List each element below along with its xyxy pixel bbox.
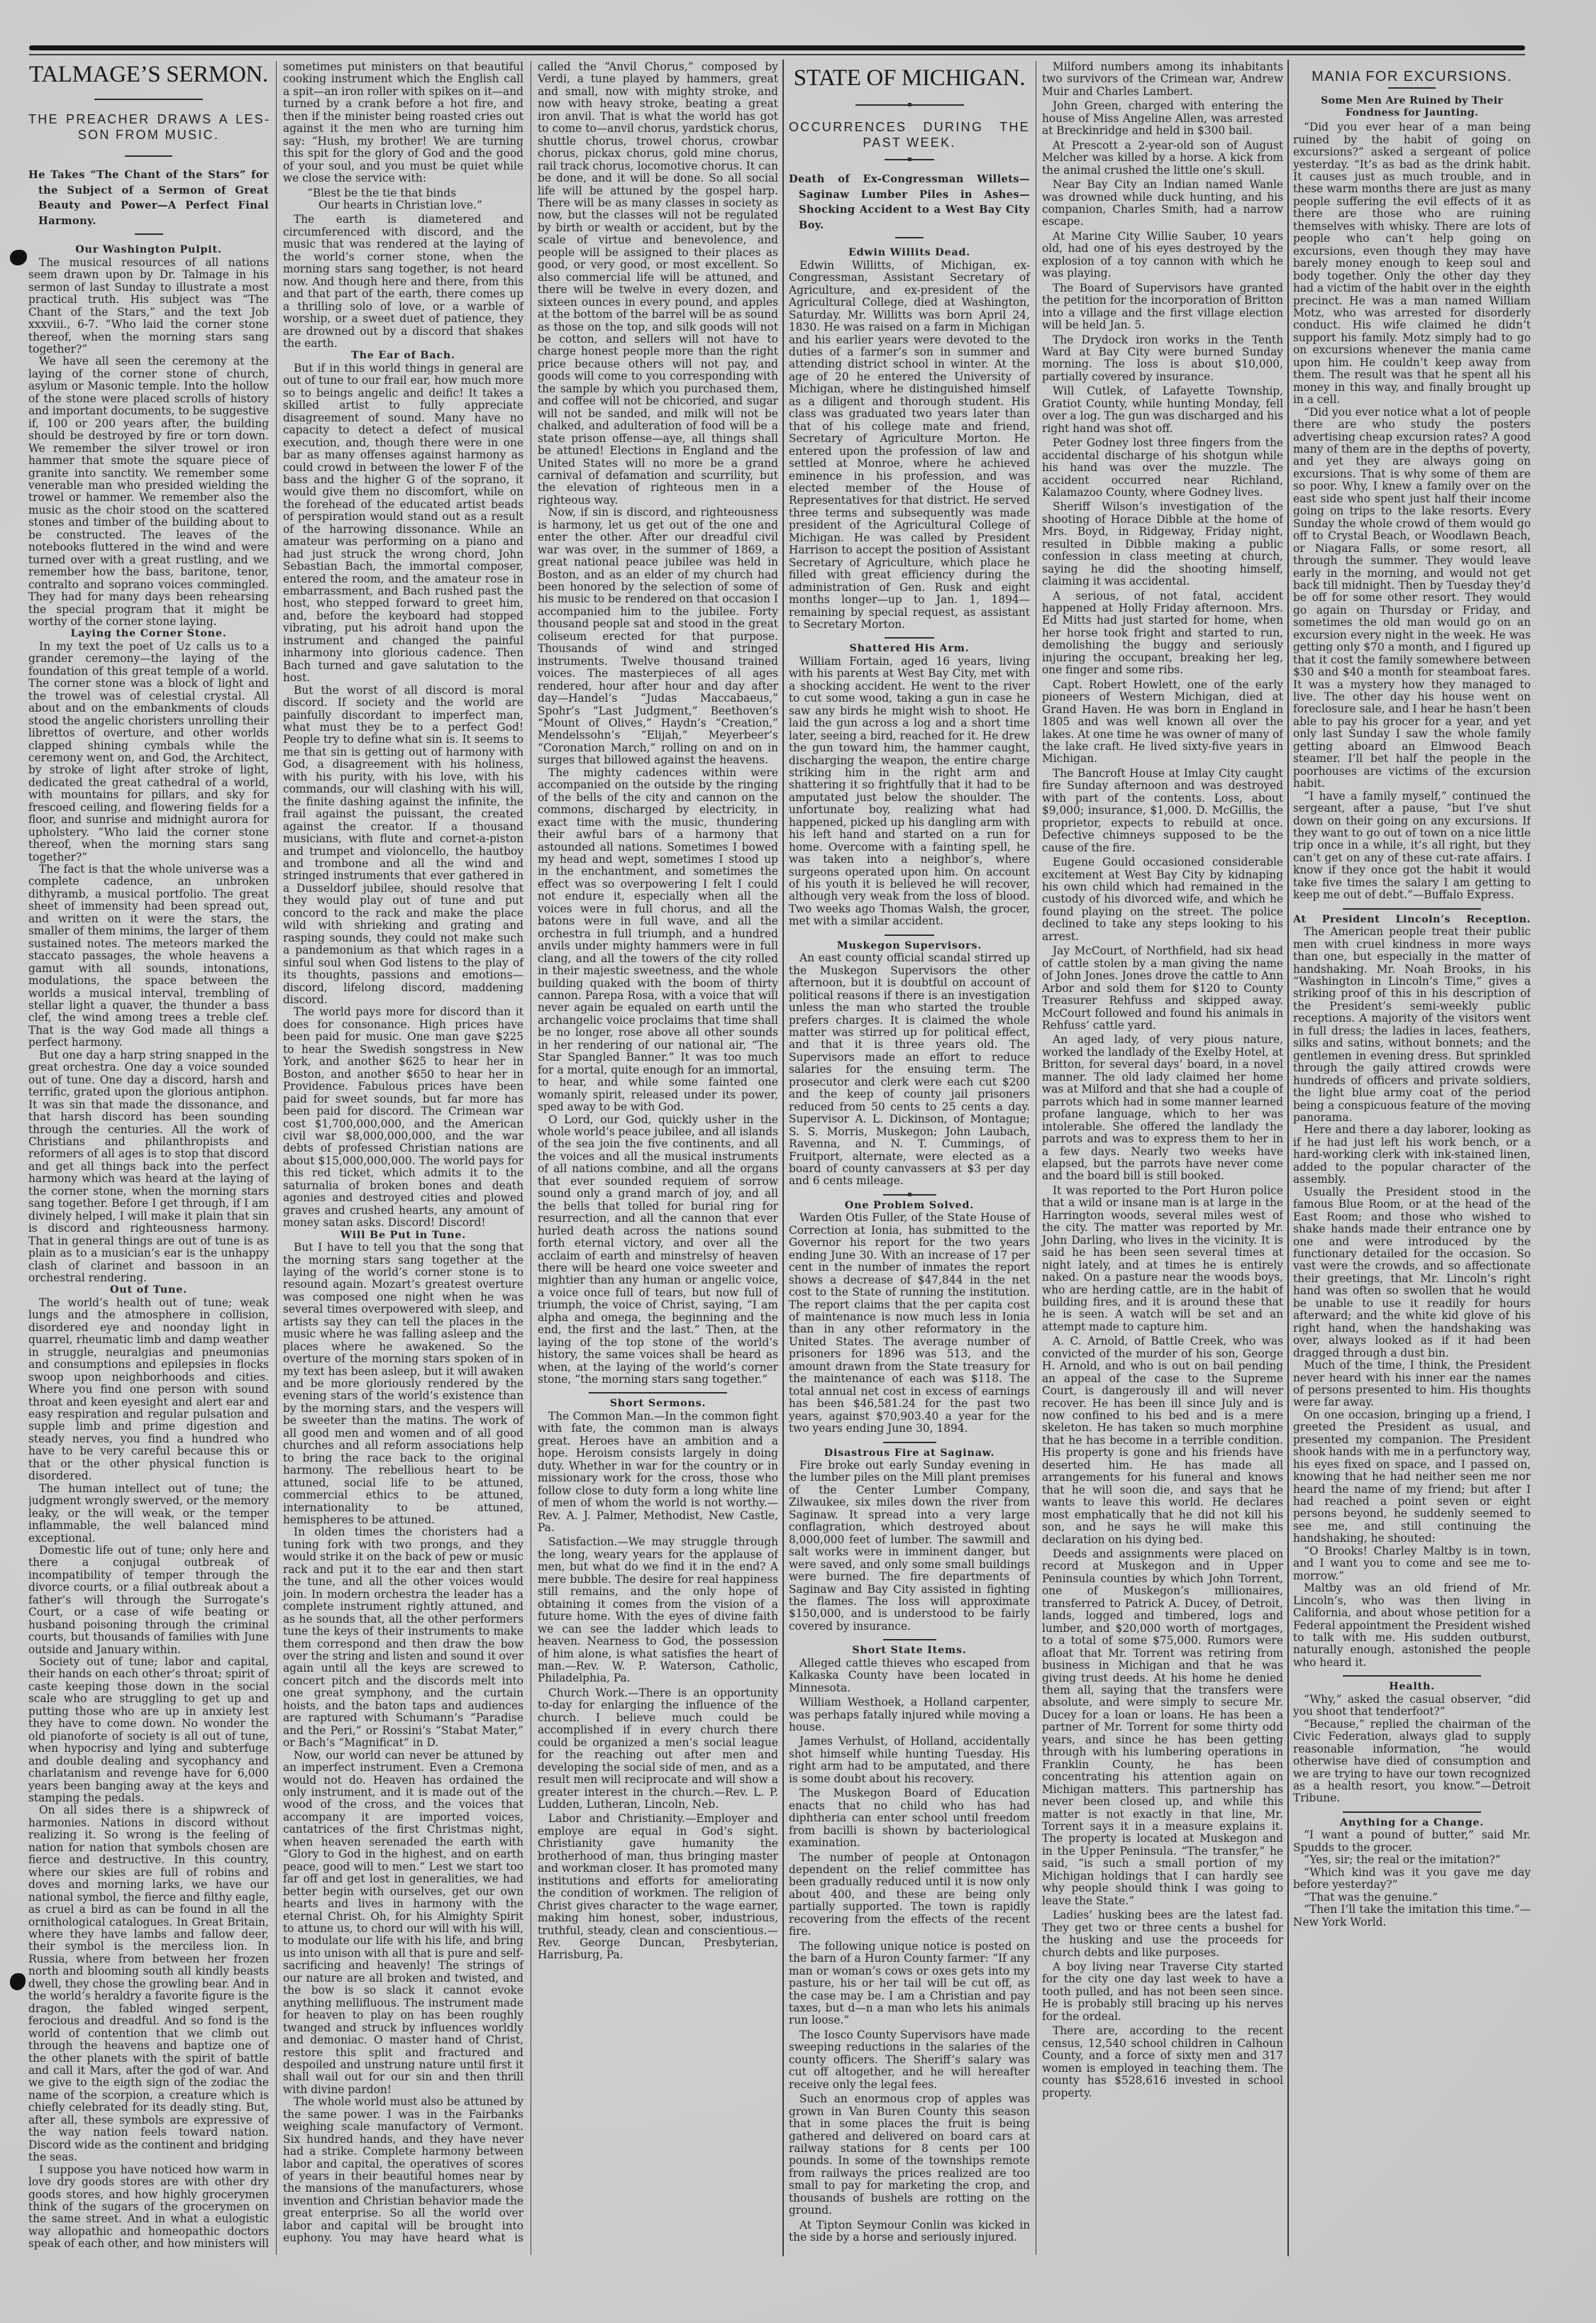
paragraph: “Did you ever notice what a lot of peopl… bbox=[1293, 407, 1531, 790]
paragraph: Labor and Christianity.—Employer and emp… bbox=[538, 1813, 778, 1961]
section-heading: Short State Items. bbox=[789, 1645, 1030, 1657]
column-6: MANIA FOR EXCURSIONS. Some Men Are Ruine… bbox=[1293, 61, 1531, 2255]
columns-4-to-5: STATE OF MICHIGAN. OCCURRENCES DURING TH… bbox=[789, 61, 1283, 2255]
deck: Death of Ex-Congressman Willets—Saginaw … bbox=[789, 172, 1030, 233]
paragraph: “Yes, sir; the real or the imitation?” bbox=[1293, 1854, 1531, 1866]
news-item: Sheriff Wilson’s investigation of the sh… bbox=[1042, 501, 1283, 587]
news-item: A boy living near Traverse City started … bbox=[1042, 1961, 1283, 2023]
section-heading: At President Lincoln’s Reception. bbox=[1293, 914, 1531, 926]
section-heading: Out of Tune. bbox=[28, 1284, 269, 1296]
news-item: Eugene Gould occasioned considerable exc… bbox=[1042, 856, 1283, 943]
paragraph: Maltby was an old friend of Mr. Lincoln’… bbox=[1293, 1582, 1531, 1669]
news-item: The Drydock iron works in the Tenth Ward… bbox=[1042, 334, 1283, 384]
health-article: Health. “Why,” asked the casual observer… bbox=[1293, 1675, 1531, 1805]
rule bbox=[135, 233, 163, 235]
section-heading: Anything for a Change. bbox=[1293, 1817, 1531, 1829]
paragraph: The American people treat their public m… bbox=[1293, 926, 1531, 1124]
column-separator bbox=[1287, 60, 1289, 2256]
paragraph: Usually the President stood in the famou… bbox=[1293, 1186, 1531, 1359]
paragraph: The Common Man.—In the common fight with… bbox=[538, 1411, 778, 1535]
columns-1-to-3: TALMAGE’S SERMON. THE PREACHER DRAWS A L… bbox=[28, 61, 778, 2255]
rule bbox=[883, 1639, 936, 1640]
ink-blot bbox=[10, 1973, 26, 1990]
paragraph: The fact is that the whole universe was … bbox=[28, 863, 269, 1049]
paragraph: But I have to tell you that the song tha… bbox=[283, 1242, 523, 1526]
paragraph: Now, our world can never be attuned by a… bbox=[283, 1750, 523, 2097]
news-item: Near Bay City an Indian named Wanle was … bbox=[1042, 179, 1283, 228]
section-heading: Shattered His Arm. bbox=[789, 643, 1030, 655]
mania-for-excursions-article: MANIA FOR EXCURSIONS. Some Men Are Ruine… bbox=[1293, 68, 1531, 902]
short-sermons-article: Short Sermons. The Common Man.—In the co… bbox=[538, 1392, 778, 1961]
section-heading: Disastrous Fire at Saginaw. bbox=[789, 1447, 1030, 1460]
verse-line: Our hearts in Christian love.” bbox=[307, 199, 523, 211]
subheadline: THE PREACHER DRAWS A LES­SON FROM MUSIC. bbox=[28, 111, 269, 143]
hymn-verse: “Blest be the tie that binds Our hearts … bbox=[283, 187, 523, 212]
lincoln-reception-article: At President Lincoln’s Reception. The Am… bbox=[1293, 908, 1531, 1670]
paragraph: We have all seen the ceremony at the lay… bbox=[28, 355, 269, 628]
paragraph: Satisfaction.—We may struggle through th… bbox=[538, 1536, 778, 1684]
rule bbox=[125, 155, 172, 157]
rule bbox=[589, 1392, 727, 1394]
paragraph: Now, if sin is discord, and righteousnes… bbox=[538, 507, 778, 767]
rule bbox=[1343, 1811, 1481, 1813]
news-item: A serious, of not fatal, accident happen… bbox=[1042, 590, 1283, 677]
paragraph: An east county official scandal stirred … bbox=[789, 952, 1030, 1188]
section-heading: The Ear of Bach. bbox=[283, 350, 523, 362]
news-item: Such an enormous crop of apples was grow… bbox=[789, 2093, 1030, 2217]
news-item: Milford numbers among its inhabitants tw… bbox=[1042, 61, 1283, 98]
deck: Some Men Are Ruined by Their Fondness fo… bbox=[1293, 95, 1531, 118]
news-item: An aged lady, of very pious nature, work… bbox=[1042, 1034, 1283, 1182]
news-item: William Westhoek, a Holland carpenter, w… bbox=[789, 1696, 1030, 1733]
subheadline: OCCURRENCES DURING THE PAST WEEK. bbox=[789, 119, 1030, 150]
verse-line: “Blest be the tie that binds bbox=[307, 187, 523, 199]
paragraph: On all sides there is a shipwreck of har… bbox=[28, 1804, 269, 2163]
paragraph: The world pays more for discord than it … bbox=[283, 1006, 523, 1229]
rule bbox=[1343, 908, 1481, 910]
anything-for-a-change-article: Anything for a Change. “I want a pound o… bbox=[1293, 1811, 1531, 1929]
paragraph: “Because,” replied the chairman of the C… bbox=[1293, 1718, 1531, 1805]
rule bbox=[883, 1442, 936, 1443]
rule bbox=[885, 159, 934, 160]
news-item: The following unique notice is posted on… bbox=[789, 1941, 1030, 2027]
section-heading: One Problem Solved. bbox=[789, 1200, 1030, 1212]
paragraph: Church Work.—There is an opportunity to-… bbox=[538, 1687, 778, 1811]
news-item: James Verhulst, of Holland, accidentally… bbox=[789, 1736, 1030, 1785]
rule bbox=[855, 104, 964, 106]
section-heading: Muskegon Supervisors. bbox=[789, 940, 1030, 952]
section-heading: Short Sermons. bbox=[538, 1398, 778, 1410]
news-item: Peter Godney lost three fingers from the… bbox=[1042, 437, 1283, 499]
paragraph: “O Brooks! Charley Maltby is in town, an… bbox=[1293, 1545, 1531, 1582]
state-of-michigan-article: STATE OF MICHIGAN. OCCURRENCES DURING TH… bbox=[789, 61, 1283, 2255]
rule bbox=[1388, 87, 1436, 89]
section-heading: Health. bbox=[1293, 1681, 1531, 1693]
rule bbox=[885, 637, 934, 639]
paragraph: But if in this world things in general a… bbox=[283, 363, 523, 685]
paragraph: Warden Otis Fuller, of the State House o… bbox=[789, 1212, 1030, 1435]
paragraph: In olden times the choristers had a tuni… bbox=[283, 1526, 523, 1749]
deck: He Takes “The Chant of the Stars” for th… bbox=[28, 167, 269, 228]
section-heading: Laying the Corner Stone. bbox=[28, 628, 269, 640]
paragraph: “I want a pound of butter,” said Mr. Spu… bbox=[1293, 1829, 1531, 1854]
news-item: The Muskegon Board of Education enacts t… bbox=[789, 1787, 1030, 1849]
paragraph: “That was the genuine.” bbox=[1293, 1892, 1531, 1904]
news-item: Capt. Robert Howlett, one of the early p… bbox=[1042, 679, 1283, 766]
section-heading: Edwin Willits Dead. bbox=[789, 247, 1030, 259]
paragraph: Edwin Willitts, of Michigan, ex-Congress… bbox=[789, 260, 1030, 631]
rule bbox=[94, 99, 203, 100]
paragraph: O Lord, our God, quickly usher in the wh… bbox=[538, 1114, 778, 1386]
rule bbox=[885, 934, 934, 936]
news-item: Deeds and assignments were placed on rec… bbox=[1042, 1548, 1283, 1907]
paragraph: Fire broke out early Sunday evening in t… bbox=[789, 1460, 1030, 1633]
paragraph: Here and there a day laborer, looking as… bbox=[1293, 1124, 1531, 1186]
column-separator bbox=[782, 60, 784, 2256]
news-item: The Bancroft House at Imlay City caught … bbox=[1042, 768, 1283, 854]
news-item: Alleged cattle thieves who escaped from … bbox=[789, 1657, 1030, 1694]
paragraph: The earth is diametered and circumferenc… bbox=[283, 214, 523, 350]
paragraph: The human intellect out of tune; the jud… bbox=[28, 1483, 269, 1545]
news-item: The Iosco County Supervisors have made s… bbox=[789, 2029, 1030, 2091]
paragraph: Domestic life out of tune; only here and… bbox=[28, 1545, 269, 1656]
news-item: There are, according to the recent censu… bbox=[1042, 2025, 1283, 2099]
paragraph: “Which kind was it you gave me day befor… bbox=[1293, 1867, 1531, 1892]
masthead-rule-thick bbox=[29, 45, 1525, 50]
news-item: John Green, charged with entering the ho… bbox=[1042, 100, 1283, 137]
rule bbox=[895, 237, 924, 238]
paragraph: Much of the time, I think, the President… bbox=[1293, 1359, 1531, 1409]
paragraph: William Fortain, aged 16 years, living w… bbox=[789, 656, 1030, 928]
paragraph: “Did you ever hear of a man being ruined… bbox=[1293, 121, 1531, 406]
paragraph: Society out of tune; labor and capital, … bbox=[28, 1656, 269, 1804]
paragraph: The world’s health out of tune; weak lun… bbox=[28, 1297, 269, 1483]
rule bbox=[883, 1194, 936, 1196]
headline: MANIA FOR EXCURSIONS. bbox=[1293, 68, 1531, 85]
masthead-rule-thin bbox=[29, 54, 1525, 55]
news-item: At Tipton Seymour Conlin was kicked in t… bbox=[789, 2219, 1030, 2244]
paragraph: The musical resources of all nations see… bbox=[28, 257, 269, 356]
paragraph: But the worst of all discord is moral di… bbox=[283, 685, 523, 1007]
news-item: At Prescott a 2-year-old son of August M… bbox=[1042, 140, 1283, 177]
paragraph: On one occasion, bringing up a friend, I… bbox=[1293, 1409, 1531, 1545]
news-item: A. C. Arnold, of Battle Creek, who was c… bbox=[1042, 1335, 1283, 1546]
section-heading: Will Be Put in Tune. bbox=[283, 1230, 523, 1242]
paragraph: But one day a harp string snapped in the… bbox=[28, 1049, 269, 1285]
headline: STATE OF MICHIGAN. bbox=[789, 67, 1030, 89]
news-item: Will Cutlek, of Lafayette Township, Grat… bbox=[1042, 385, 1283, 435]
rule bbox=[1343, 1675, 1481, 1677]
news-item: It was reported to the Port Huron police… bbox=[1042, 1185, 1283, 1333]
news-item: Ladies’ husking bees are the latest fad.… bbox=[1042, 1909, 1283, 1959]
paragraph: The mighty cadences within were accompan… bbox=[538, 767, 778, 1114]
news-item: At Marine City Willie Sauber, 10 years o… bbox=[1042, 231, 1283, 280]
paragraph: “Then I’ll take the imitation this time.… bbox=[1293, 1904, 1531, 1929]
headline: TALMAGE’S SERMON. bbox=[28, 64, 269, 85]
news-item: Jay McCourt, of Northfield, had six head… bbox=[1042, 945, 1283, 1032]
paragraph: In my text the poet of Uz calls us to a … bbox=[28, 641, 269, 863]
ink-blot bbox=[10, 250, 27, 265]
news-item: The number of people at Ontonagon depend… bbox=[789, 1852, 1030, 1938]
paragraph: “I have a family myself,” continued the … bbox=[1293, 790, 1531, 902]
paragraph: “Why,” asked the casual observer, “did y… bbox=[1293, 1694, 1531, 1718]
news-item: The Board of Supervisors have granted th… bbox=[1042, 282, 1283, 332]
section-heading: Our Washington Pulpit. bbox=[28, 244, 269, 256]
